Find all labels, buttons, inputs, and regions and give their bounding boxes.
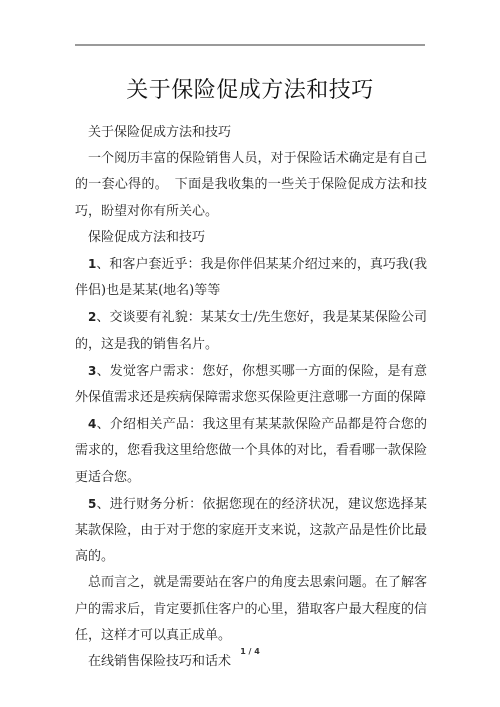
page-number: 1 / 4	[0, 647, 500, 656]
list-item: 2、交谈要有礼貌：某某女士/先生您好，我是某某保险公司的，这是我的销售名片。	[75, 304, 427, 357]
paragraph-text: 关于保险促成方法和技巧	[88, 125, 231, 140]
paragraph-text: 、进行财务分析：依据您现在的经济状况，建议您选择某某款保险，由于对于您的家庭开支…	[75, 497, 427, 564]
paragraph-text: 总而言之，就是需要站在客户的角度去思索问题。在了解客户的需求后，肯定要抓住客户的…	[75, 575, 427, 642]
paragraph-section-heading: 保险促成方法和技巧	[75, 225, 427, 251]
document-body: 关于保险促成方法和技巧 一个阅历丰富的保险销售人员，对于保险话术确定是有自己的一…	[75, 120, 427, 675]
list-item: 5、进行财务分析：依据您现在的经济状况，建议您选择某某款保险，由于对于您的家庭开…	[75, 491, 427, 571]
list-item: 3、发觉客户需求：您好，你想买哪一方面的保险，是有意外保值需求还是疾病保障需求您…	[75, 358, 427, 411]
document-title: 关于保险促成方法和技巧	[0, 76, 500, 106]
paragraph-text: 、介绍相关产品：我这里有某某款保险产品都是符合您的需求的，您看我这里给您做一个具…	[75, 417, 427, 484]
paragraph-intro: 一个阅历丰富的保险销售人员，对于保险话术确定是有自己的一套心得的。 下面是我收集…	[75, 146, 427, 225]
paragraph-text: 在线销售保险技巧和话术	[88, 654, 231, 669]
paragraph-text: 、和客户套近乎：我是你伴侣某某介绍过来的，真巧我(我伴侣)也是某某(地名)等等	[75, 257, 427, 298]
list-item: 1、和客户套近乎：我是你伴侣某某介绍过来的，真巧我(我伴侣)也是某某(地名)等等	[75, 251, 427, 304]
paragraph-text: 一个阅历丰富的保险销售人员，对于保险话术确定是有自己的一套心得的。 下面是我收集…	[75, 151, 427, 218]
document-page: 关于保险促成方法和技巧 关于保险促成方法和技巧 一个阅历丰富的保险销售人员，对于…	[0, 0, 500, 707]
paragraph-summary: 总而言之，就是需要站在客户的角度去思索问题。在了解客户的需求后，肯定要抓住客户的…	[75, 570, 427, 649]
paragraph-text: 保险促成方法和技巧	[88, 230, 205, 245]
paragraph-intro-heading: 关于保险促成方法和技巧	[75, 120, 427, 146]
header-rule	[75, 44, 425, 46]
list-item: 4、介绍相关产品：我这里有某某款保险产品都是符合您的需求的，您看我这里给您做一个…	[75, 411, 427, 491]
paragraph-text: 、交谈要有礼貌：某某女士/先生您好，我是某某保险公司的，这是我的销售名片。	[75, 310, 427, 351]
paragraph-text: 、发觉客户需求：您好，你想买哪一方面的保险，是有意外保值需求还是疾病保障需求您买…	[75, 364, 427, 405]
